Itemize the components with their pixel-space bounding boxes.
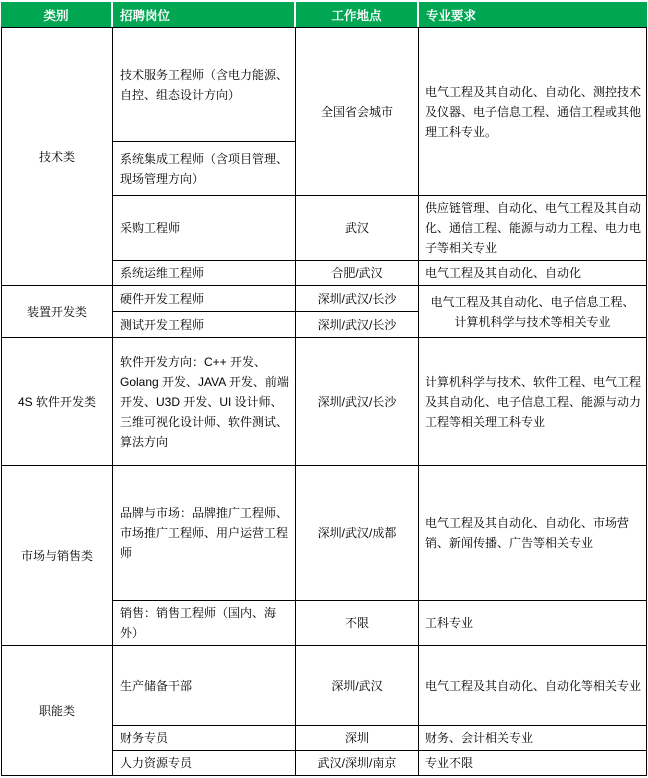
requirement-cell-software-dev: 计算机科学与技术、软件工程、电气工程及其自动化、电子信息工程、能源与动力工程等相…	[419, 338, 647, 466]
header-cell-position: 招聘岗位	[113, 2, 296, 27]
requirement-cell-functional-finance: 财务、会计相关专业	[419, 726, 647, 751]
requirement-cell-marketing-sales: 工科专业	[419, 601, 647, 646]
position-cell-device-hardware: 硬件开发工程师	[113, 286, 296, 312]
recruitment-table: 类别 招聘岗位 工作地点 专业要求 技术类 技术服务工程师（含电力能源、自控、组…	[1, 2, 647, 776]
location-cell-marketing-brand: 深圳/武汉/成都	[296, 466, 419, 601]
requirement-cell-device: 电气工程及其自动化、电子信息工程、计算机科学与技术等相关专业	[419, 286, 647, 338]
position-cell-tech-ops: 系统运维工程师	[113, 261, 296, 286]
category-cell-marketing: 市场与销售类	[1, 466, 113, 646]
header-cell-category: 类别	[1, 2, 113, 27]
location-cell-functional-finance: 深圳	[296, 726, 419, 751]
location-cell-tech-procurement: 武汉	[296, 196, 419, 261]
row-software-dev: 4S 软件开发类 软件开发方向：C++ 开发、Golang 开发、JAVA 开发…	[1, 338, 647, 466]
position-cell-functional-production: 生产储备干部	[113, 646, 296, 726]
recruitment-table-wrap: 类别 招聘岗位 工作地点 专业要求 技术类 技术服务工程师（含电力能源、自控、组…	[0, 0, 648, 778]
requirement-cell-marketing-brand: 电气工程及其自动化、自动化、市场营销、新闻传播、广告等相关专业	[419, 466, 647, 601]
location-cell-software-dev: 深圳/武汉/长沙	[296, 338, 419, 466]
row-device-hardware: 装置开发类 硬件开发工程师 深圳/武汉/长沙 电气工程及其自动化、电子信息工程、…	[1, 286, 647, 312]
row-tech-service: 技术类 技术服务工程师（含电力能源、自控、组态设计方向） 全国省会城市 电气工程…	[1, 27, 647, 142]
location-cell-device-testing: 深圳/武汉/长沙	[296, 312, 419, 338]
position-cell-software-dev: 软件开发方向：C++ 开发、Golang 开发、JAVA 开发、前端开发、U3D…	[113, 338, 296, 466]
requirement-cell-tech-service: 电气工程及其自动化、自动化、测控技术及仪器、电子信息工程、通信工程或其他理工科专…	[419, 27, 647, 196]
location-cell-tech-service: 全国省会城市	[296, 27, 419, 196]
position-cell-marketing-brand: 品牌与市场：品牌推广工程师、市场推广工程师、用户运营工程师	[113, 466, 296, 601]
position-cell-functional-hr: 人力资源专员	[113, 751, 296, 776]
category-cell-device: 装置开发类	[1, 286, 113, 338]
requirement-cell-tech-procurement: 供应链管理、自动化、电气工程及其自动化、通信工程、能源与动力工程、电力电子等相关…	[419, 196, 647, 261]
position-cell-device-testing: 测试开发工程师	[113, 312, 296, 338]
position-cell-tech-procurement: 采购工程师	[113, 196, 296, 261]
category-cell-software: 4S 软件开发类	[1, 338, 113, 466]
requirement-cell-functional-production: 电气工程及其自动化、自动化等相关专业	[419, 646, 647, 726]
header-cell-location: 工作地点	[296, 2, 419, 27]
header-cell-requirement: 专业要求	[419, 2, 647, 27]
location-cell-marketing-sales: 不限	[296, 601, 419, 646]
header-row: 类别 招聘岗位 工作地点 专业要求	[1, 2, 647, 27]
position-cell-marketing-sales: 销售：销售工程师（国内、海外）	[113, 601, 296, 646]
location-cell-device-hardware: 深圳/武汉/长沙	[296, 286, 419, 312]
requirement-cell-functional-hr: 专业不限	[419, 751, 647, 776]
requirement-cell-tech-ops: 电气工程及其自动化、自动化	[419, 261, 647, 286]
position-cell-tech-service: 技术服务工程师（含电力能源、自控、组态设计方向）	[113, 27, 296, 142]
position-cell-functional-finance: 财务专员	[113, 726, 296, 751]
location-cell-functional-production: 深圳/武汉	[296, 646, 419, 726]
category-cell-tech: 技术类	[1, 27, 113, 286]
location-cell-tech-ops: 合肥/武汉	[296, 261, 419, 286]
position-cell-tech-integration: 系统集成工程师（含项目管理、现场管理方向）	[113, 142, 296, 196]
row-functional-production: 职能类 生产储备干部 深圳/武汉 电气工程及其自动化、自动化等相关专业	[1, 646, 647, 726]
location-cell-functional-hr: 武汉/深圳/南京	[296, 751, 419, 776]
row-marketing-brand: 市场与销售类 品牌与市场：品牌推广工程师、市场推广工程师、用户运营工程师 深圳/…	[1, 466, 647, 601]
